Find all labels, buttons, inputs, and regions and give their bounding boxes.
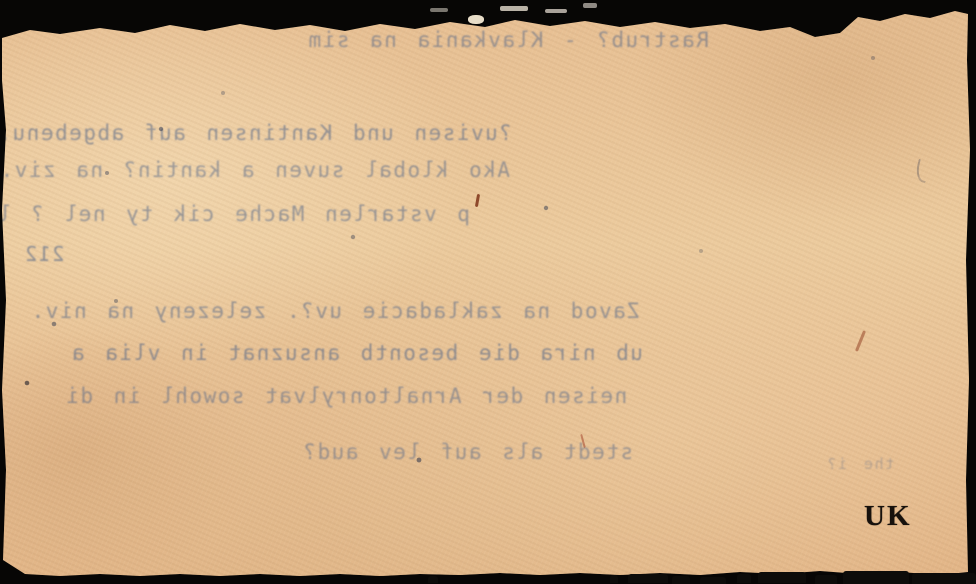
ghost-text-line: Zavod na zakladacie uv?. zelezeny na niv… [90,299,640,323]
ghost-text-line: Rastrub? - Klavkania na sim [268,28,748,52]
adjacent-card-letter-top [758,572,806,583]
scan-edge-fiber [545,9,567,13]
ghost-text: Rastrub? - Klavkania na sim [268,28,748,52]
ghost-text: ?uvisen und Kantinsen auf abgebenu. [92,121,512,145]
ghost-text-line: neisen der Arnaltonrylvat sowohl in di [50,384,642,408]
uk-stamp: UK [864,500,912,533]
ghost-text-line: ?uvisen und Kantinsen auf abgebenu. [92,121,512,145]
ghost-text-line: ub nira die besontb ansuznat in vlia a [78,341,643,365]
paper-fleck-red [855,330,866,352]
index-card-paper: Rastrub? - Klavkania na sim?uvisen und K… [0,0,976,584]
ghost-text: 212 [14,242,74,266]
ghost-text-line: p vstarlen Mache cik ty nel ? lend, . [50,202,470,226]
ink-specks [0,0,2,2]
adjacent-card-letter-top [628,574,668,583]
adjacent-card-letter-top [700,577,726,584]
pencil-squiggle-mark [914,159,931,183]
ghost-text: p vstarlen Mache cik ty nel ? lend, . [50,202,470,226]
scan-edge-fiber [430,8,448,12]
scan-edge-fiber [500,6,528,11]
paper-grain-texture [0,0,976,584]
scan-edge-fiber [583,3,597,8]
adjacent-card-letter-top [815,575,837,584]
ghost-text: neisen der Arnaltonrylvat sowohl in di [50,384,642,408]
ghost-text: the i? [795,455,925,473]
adjacent-card-letter-top [912,573,976,584]
adjacent-card-letter-top [843,571,909,584]
adjacent-card-letter-top [428,576,438,583]
adjacent-card-letter-top [737,574,751,583]
adjacent-card-letter-top [610,575,618,583]
ghost-text-line: Ako klobal suven a kantin? na ziv. [80,158,510,182]
ghost-text-line: 212 [14,242,74,266]
ghost-text: Zavod na zakladacie uv?. zelezeny na niv… [90,299,640,323]
ghost-text: ub nira die besontb ansuznat in vlia a [78,341,643,365]
scan-edge-fiber [468,15,484,24]
paper-fleck-red [475,194,480,207]
ghost-text: Ako klobal suven a kantin? na ziv. [80,158,510,182]
adjacent-card-letter-top [672,576,690,584]
ghost-text-line: the i? [795,455,925,473]
scan-area: Rastrub? - Klavkania na sim?uvisen und K… [0,0,976,584]
